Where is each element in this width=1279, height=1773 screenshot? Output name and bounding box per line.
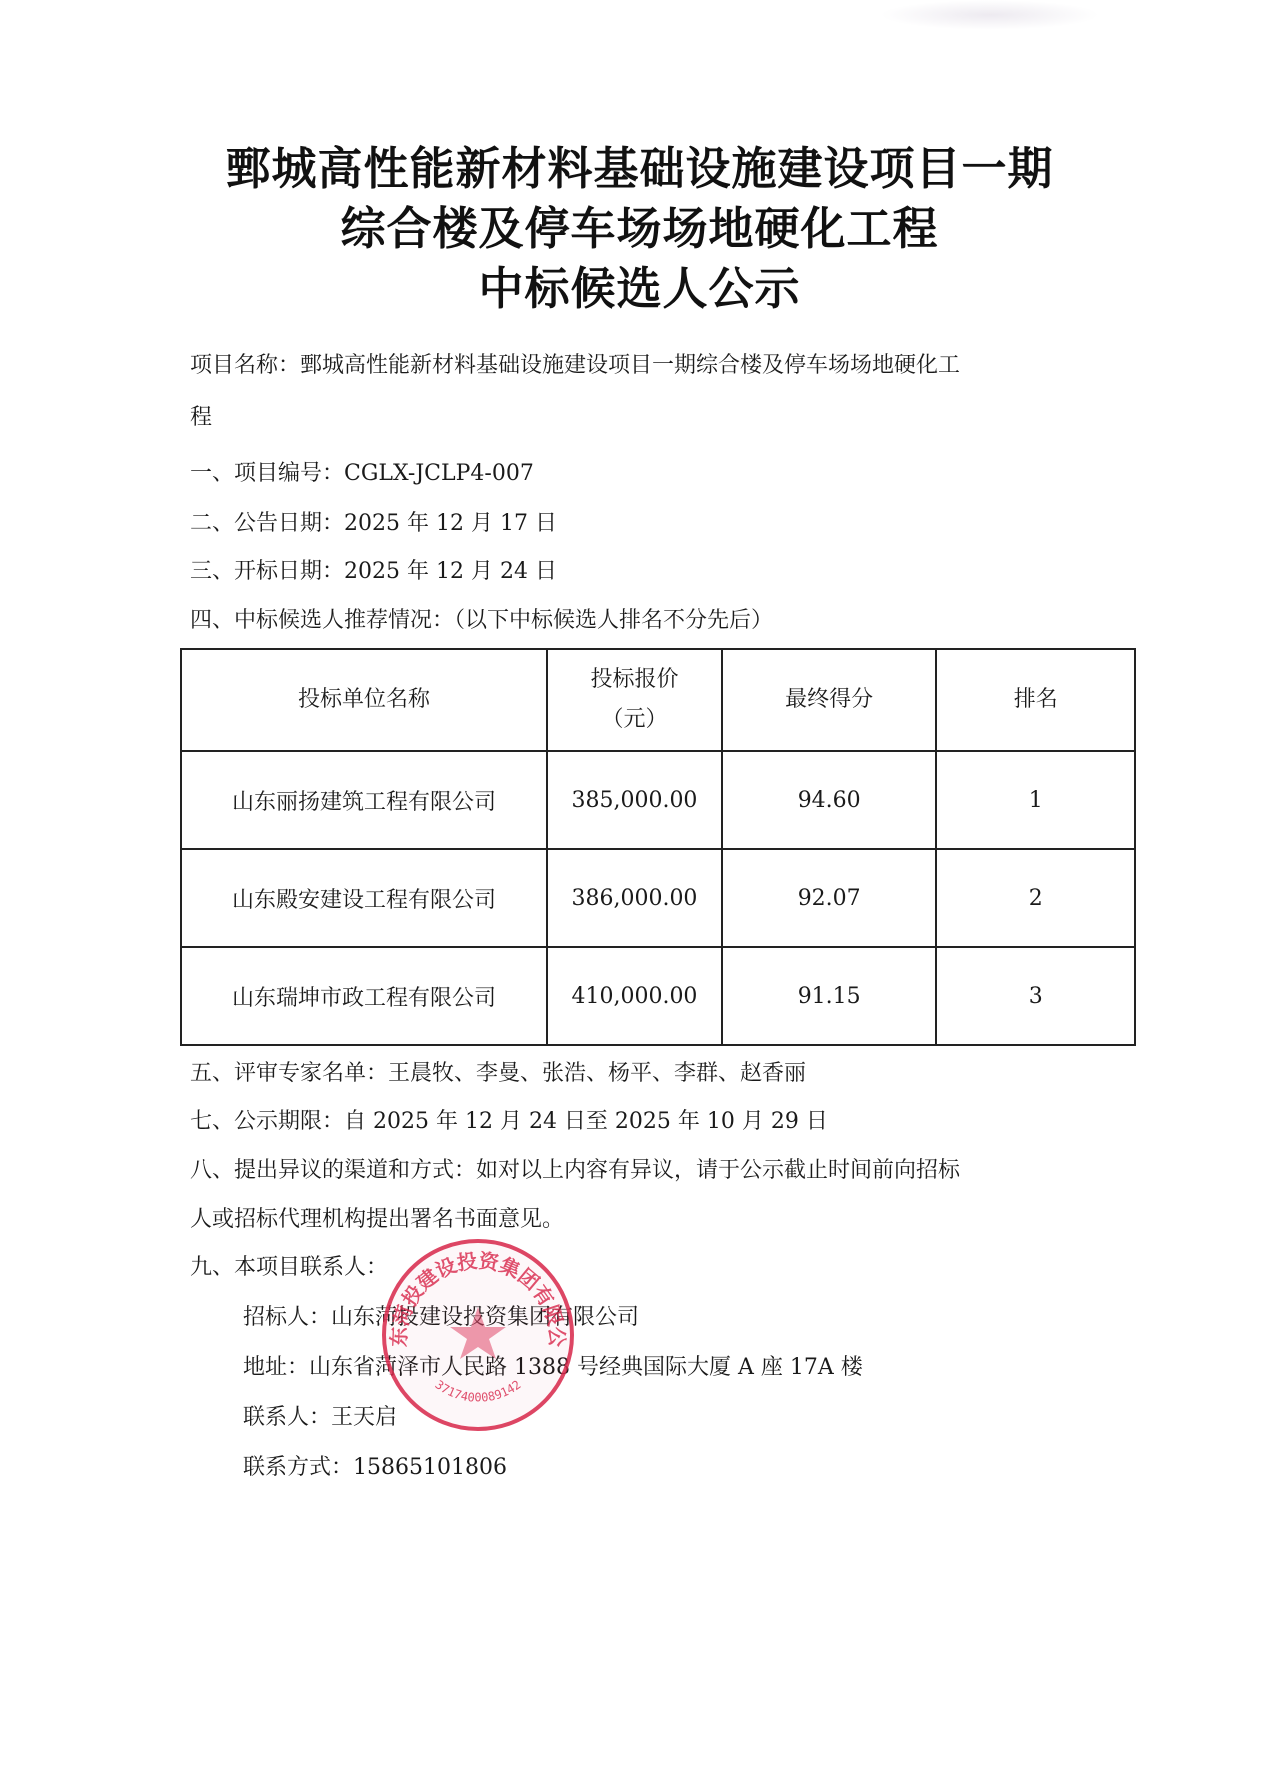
header-rank: 排名 <box>936 649 1135 751</box>
project-name-line-1: 项目名称：鄄城高性能新材料基础设施建设项目一期综合楼及停车场场地硬化工 <box>190 348 960 379</box>
cell-score: 94.60 <box>722 751 937 849</box>
objection-line-2: 人或招标代理机构提出署名书面意见。 <box>190 1202 564 1233</box>
cell-price: 410,000.00 <box>547 947 722 1045</box>
company-seal-icon: 山东菏投建设投资集团有限公司 3717400089142 <box>378 1235 578 1435</box>
scan-artifact <box>880 0 1100 30</box>
cell-rank: 2 <box>936 849 1135 947</box>
seal-text: 山东菏投建设投资集团有限公司 <box>378 1235 569 1348</box>
tenderer: 招标人：山东菏投建设投资集团有限公司 <box>243 1300 639 1331</box>
project-name-line-2: 程 <box>190 400 212 431</box>
table-row: 山东瑞坤市政工程有限公司 410,000.00 91.15 3 <box>181 947 1135 1045</box>
cell-price: 386,000.00 <box>547 849 722 947</box>
table-header-row: 投标单位名称 投标报价 （元） 最终得分 排名 <box>181 649 1135 751</box>
svg-text:山东菏投建设投资集团有限公司: 山东菏投建设投资集团有限公司 <box>378 1235 569 1348</box>
header-score: 最终得分 <box>722 649 937 751</box>
publicity-period: 七、公示期限：自 2025 年 12 月 24 日至 2025 年 10 月 2… <box>190 1104 828 1135</box>
svg-text:3717400089142: 3717400089142 <box>432 1378 523 1405</box>
address: 地址：山东省菏泽市人民路 1388 号经典国际大厦 A 座 17A 楼 <box>243 1350 863 1381</box>
objection-line-1: 八、提出异议的渠道和方式：如对以上内容有异议，请于公示截止时间前向招标 <box>190 1153 960 1184</box>
cell-rank: 1 <box>936 751 1135 849</box>
title-line-2: 综合楼及停车场场地硬化工程 <box>0 192 1279 257</box>
bid-opening-date: 三、开标日期：2025 年 12 月 24 日 <box>190 554 557 585</box>
expert-list: 五、评审专家名单：王晨牧、李曼、张浩、杨平、李群、赵香丽 <box>190 1056 806 1087</box>
contact-phone: 联系方式：15865101806 <box>243 1450 507 1481</box>
cell-company: 山东殿安建设工程有限公司 <box>181 849 547 947</box>
announcement-date: 二、公告日期：2025 年 12 月 17 日 <box>190 506 557 537</box>
contacts-heading: 九、本项目联系人： <box>190 1250 388 1281</box>
candidates-table: 投标单位名称 投标报价 （元） 最终得分 排名 山东丽扬建筑工程有限公司 385… <box>180 648 1136 1046</box>
cell-price: 385,000.00 <box>547 751 722 849</box>
header-price-line-2: （元） <box>548 700 721 740</box>
cell-company: 山东瑞坤市政工程有限公司 <box>181 947 547 1045</box>
cell-score: 92.07 <box>722 849 937 947</box>
header-company: 投标单位名称 <box>181 649 547 751</box>
header-price: 投标报价 （元） <box>547 649 722 751</box>
contact-person: 联系人：王天启 <box>243 1400 397 1431</box>
candidates-heading: 四、中标候选人推荐情况：（以下中标候选人排名不分先后） <box>190 603 773 634</box>
title-line-3: 中标候选人公示 <box>0 252 1279 317</box>
title-line-1: 鄄城高性能新材料基础设施建设项目一期 <box>0 132 1279 197</box>
cell-score: 91.15 <box>722 947 937 1045</box>
cell-rank: 3 <box>936 947 1135 1045</box>
project-number: 一、项目编号：CGLX-JCLP4-007 <box>190 456 534 487</box>
header-price-line-1: 投标报价 <box>548 660 721 700</box>
cell-company: 山东丽扬建筑工程有限公司 <box>181 751 547 849</box>
table-row: 山东丽扬建筑工程有限公司 385,000.00 94.60 1 <box>181 751 1135 849</box>
seal-code: 3717400089142 <box>432 1378 523 1405</box>
table-row: 山东殿安建设工程有限公司 386,000.00 92.07 2 <box>181 849 1135 947</box>
